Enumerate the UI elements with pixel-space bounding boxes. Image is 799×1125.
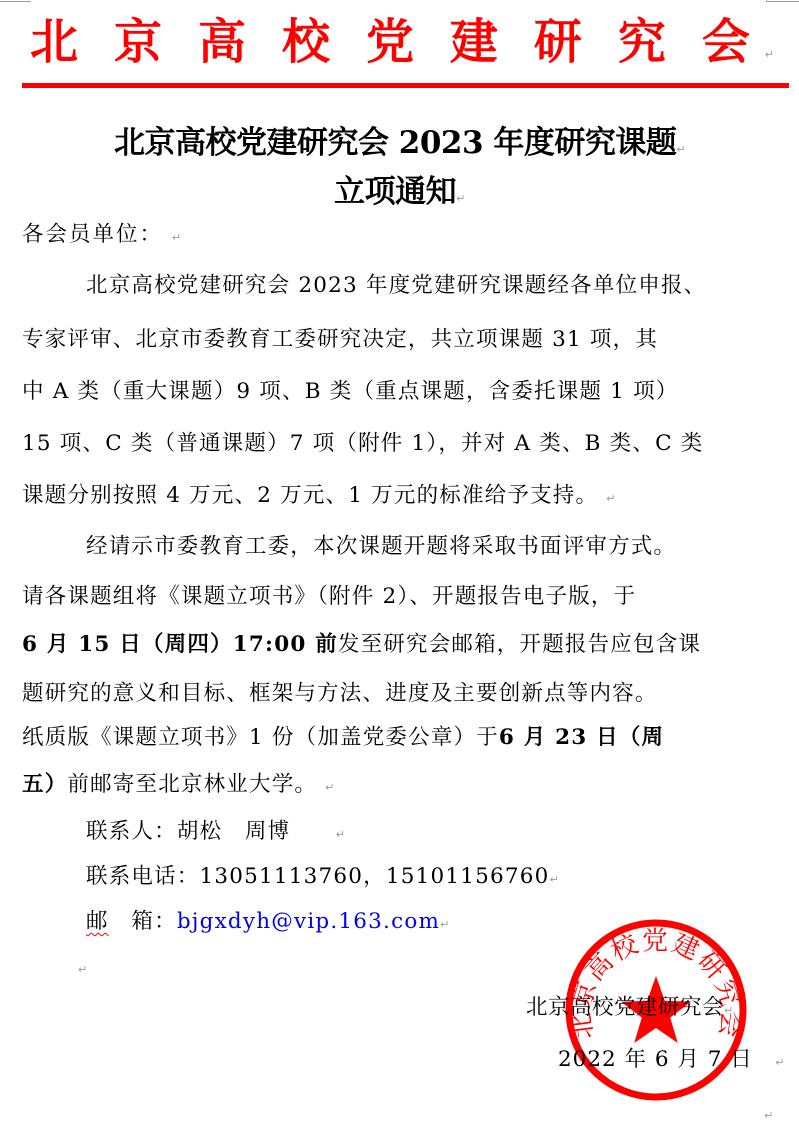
paragraph-mark-icon: ↵ bbox=[78, 963, 88, 976]
masthead-char: 京 bbox=[114, 3, 162, 72]
masthead-char: 北 bbox=[30, 3, 78, 72]
body-paragraph-2-line: 6 月 15 日（周四）17:00 前发至研究会邮箱，开题报告应包含课 bbox=[22, 634, 782, 656]
body-paragraph-2-line-last: 五）前邮寄至北京林业大学。 ↵ bbox=[22, 774, 782, 796]
deadline-paper: 6 月 23 日（周 bbox=[499, 725, 664, 750]
masthead-char: 高 bbox=[198, 3, 246, 72]
body-paragraph-2-line: 请各课题组将《课题立项书》（附件 2）、开题报告电子版，于 bbox=[22, 586, 782, 608]
body-paragraph-1-line-last: 课题分别按照 4 万元、2 万元、1 万元的标准给予支持。 ↵ bbox=[22, 485, 782, 507]
masthead-org-name: 北 京 高 校 党 建 研 究 会 bbox=[30, 3, 750, 72]
masthead: 北 京 高 校 党 建 研 究 会 ↵ bbox=[30, 6, 770, 68]
contact-phone-label: 联系电话： bbox=[86, 864, 200, 889]
masthead-red-rule bbox=[22, 83, 789, 88]
masthead-char: 研 bbox=[534, 3, 582, 72]
paragraph-mark-icon: ↵ bbox=[775, 1056, 785, 1069]
empty-paragraph: ↵ bbox=[764, 1100, 774, 1125]
masthead-char: 究 bbox=[618, 3, 666, 72]
paragraph-mark-icon: ↵ bbox=[676, 143, 685, 156]
document-title-line-2: 立项通知↵ bbox=[0, 166, 799, 211]
document-title-line-1: 北京高校党建研究会 2023 年度研究课题↵ bbox=[0, 117, 799, 162]
body-paragraph-2-line: 题研究的意义和目标、框架与方法、进度及主要创新点等内容。 bbox=[22, 683, 782, 705]
body-paragraph-1-line: 专家评审、北京市委教育工委研究决定，共立项课题 31 项，其 bbox=[22, 329, 782, 351]
body-paragraph-2-line: 纸质版《课题立项书》1 份（加盖党委公章）于6 月 23 日（周 bbox=[22, 727, 782, 749]
contact-phone-value: 13051113760，15101156760 bbox=[200, 864, 550, 889]
email-link[interactable]: bjgxdyh@vip.163.com bbox=[177, 909, 440, 934]
page-corner-mark-right bbox=[766, 0, 799, 2]
paragraph-mark-icon: ↵ bbox=[336, 828, 346, 841]
contact-persons-value: 胡松 周博 bbox=[177, 819, 291, 844]
masthead-char: 校 bbox=[282, 3, 330, 72]
email-label: 箱： bbox=[109, 909, 177, 934]
body-paragraph-1-line: 中 A 类（重大课题）9 项、B 类（重点课题，含委托课题 1 项） bbox=[22, 381, 782, 403]
contact-persons: 联系人：胡松 周博 ↵ bbox=[86, 821, 799, 843]
paragraph-mark-icon: ↵ bbox=[440, 918, 450, 931]
paragraph-mark-icon: ↵ bbox=[764, 1109, 774, 1122]
contact-persons-label: 联系人： bbox=[86, 819, 177, 844]
body-paragraph-1-line: 15 项、C 类（普通课题）7 项（附件 1），并对 A 类、B 类、C 类 bbox=[22, 433, 782, 455]
salutation: 各会员单位： ↵ bbox=[22, 224, 782, 246]
contact-phone: 联系电话：13051113760，15101156760↵ bbox=[86, 866, 799, 888]
masthead-char: 党 bbox=[366, 3, 414, 72]
masthead-char: 建 bbox=[450, 3, 498, 72]
body-paragraph-2-line: 经请示市委教育工委，本次课题开题将采取书面评审方式。 bbox=[86, 536, 799, 558]
paragraph-mark-icon: ↵ bbox=[606, 492, 616, 505]
masthead-char: 会 bbox=[702, 3, 750, 72]
email-label-spellcheck: 邮 bbox=[86, 909, 109, 934]
deadline-electronic: 6 月 15 日（周四）17:00 前 bbox=[22, 632, 338, 657]
paragraph-mark-icon: ↵ bbox=[172, 231, 183, 244]
paragraph-mark-icon: ↵ bbox=[325, 781, 335, 794]
page-corner-mark-left bbox=[0, 0, 31, 2]
paragraph-mark-icon: ↵ bbox=[456, 192, 465, 205]
body-paragraph-1-line: 北京高校党建研究会 2023 年度党建研究课题经各单位申报、 bbox=[86, 275, 799, 297]
official-seal: 北京高校党建研究会 bbox=[564, 918, 748, 1102]
paragraph-mark-icon: ↵ bbox=[765, 48, 774, 61]
star-icon bbox=[621, 976, 691, 1043]
paragraph-mark-icon: ↵ bbox=[550, 873, 560, 886]
